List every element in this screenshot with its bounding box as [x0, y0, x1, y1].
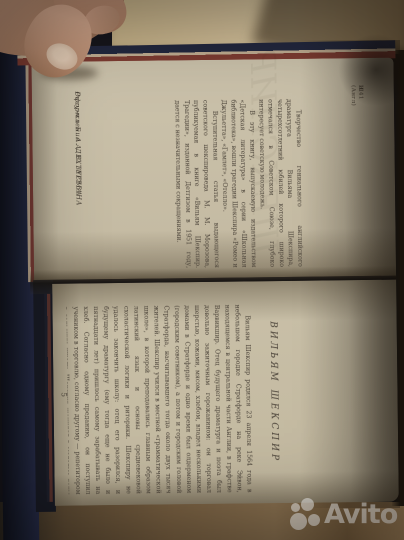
avito-dot-bottom	[308, 514, 320, 526]
avito-logo-dots-icon	[290, 498, 322, 530]
annotation-paragraph: Вступительная статья выдающегося советск…	[173, 100, 222, 269]
annotation-paragraph: В эту книгу, выпускаемую издательством «…	[219, 99, 258, 267]
avito-wordmark: Avito	[324, 496, 402, 534]
avito-dot-small	[291, 503, 300, 512]
shadow-top-right-corner	[326, 22, 404, 118]
avito-dot-large	[290, 513, 307, 530]
chapter-title: ВИЛЬЯМ ШЕКСПИР	[268, 281, 281, 503]
avito-dot-medium	[301, 498, 314, 511]
avito-watermark: Avito	[290, 496, 402, 536]
annotation-block: Творчество гениального английского драма…	[173, 99, 305, 269]
holding-hand	[0, 0, 260, 120]
annotation-paragraph: Творчество гениального английского драма…	[256, 99, 305, 268]
book-photo-scene: И (Англ) Ш41 ШЕКСПИР Творчество гениальн…	[0, 0, 404, 540]
chapter-body-text: Вильям Шекспир родился 23 апреля 1564 го…	[66, 304, 254, 494]
